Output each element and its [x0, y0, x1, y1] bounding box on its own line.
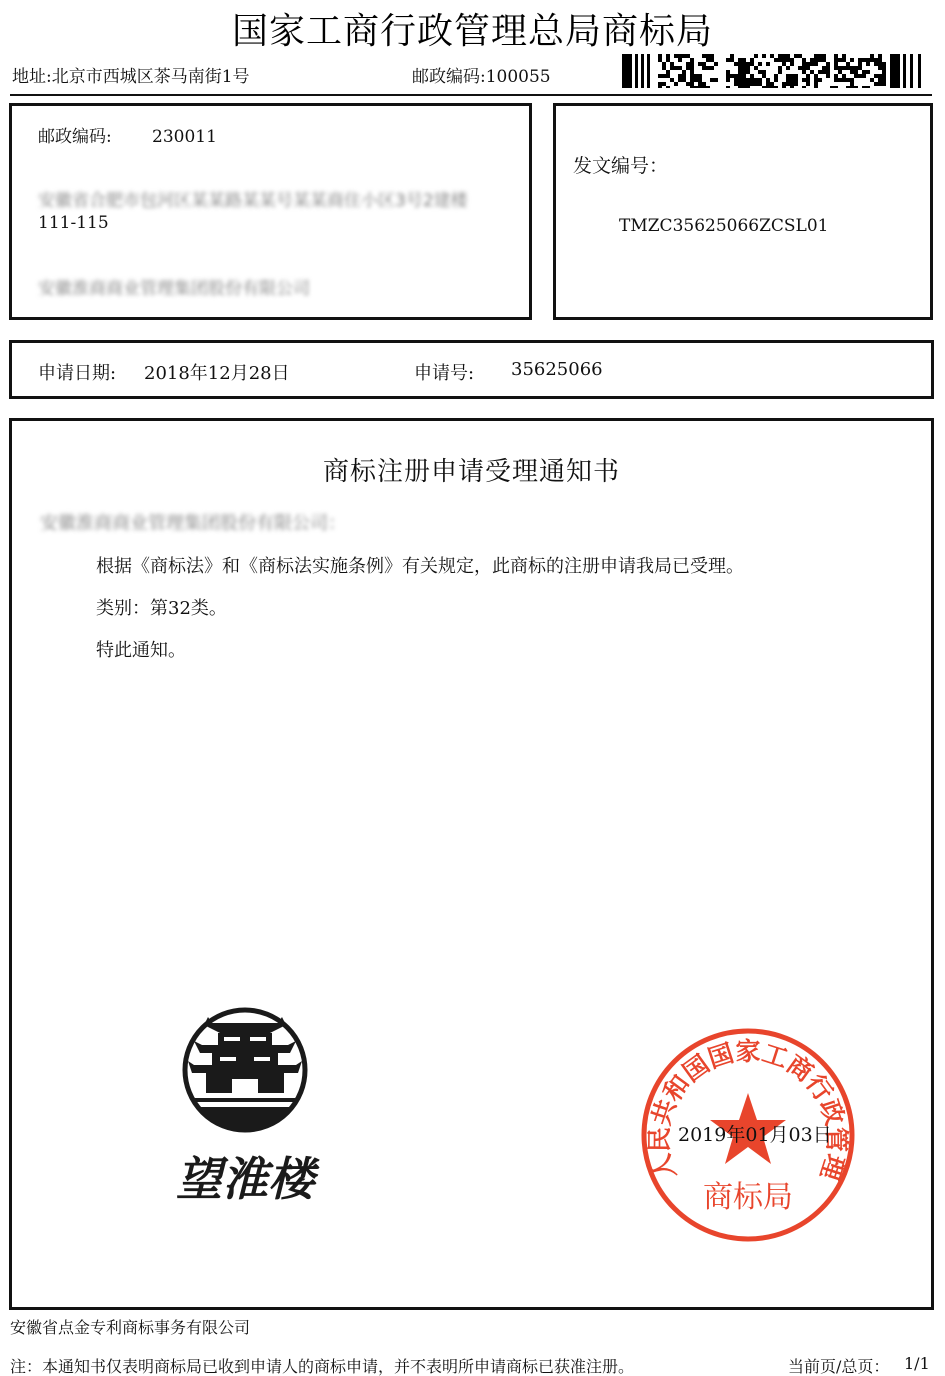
issuer-postcode: 邮政编码:100055: [412, 62, 551, 87]
application-date-value: 2018年12月28日: [144, 359, 290, 385]
application-number-value: 35625066: [511, 359, 603, 380]
notice-body: 根据《商标法》和《商标法实施条例》有关规定，此商标的注册申请我局已受理。: [96, 552, 744, 578]
issuer-title: 国家工商行政管理总局商标局: [0, 8, 945, 56]
recipient-address-line2: 111-115: [38, 212, 109, 234]
page-indicator-value: 1/1: [904, 1354, 930, 1373]
trademark-logo: 望淮楼: [150, 995, 360, 1215]
application-number-label: 申请号:: [414, 359, 474, 385]
footer-note: 注：本通知书仅表明商标局已收到申请人的商标申请，并不表明所申请商标已获准注册。: [10, 1354, 634, 1376]
recipient-address-line1: 安徽省合肥市包河区某某路某某号某某商住小区3号2建楼: [38, 190, 468, 212]
trademark-text: 望淮楼: [176, 1152, 320, 1206]
agency-name: 安徽省点金专利商标事务有限公司: [10, 1315, 250, 1338]
notice-closing: 特此通知。: [96, 636, 186, 662]
page-indicator-label: 当前页/总页：: [788, 1354, 889, 1376]
application-date-label: 申请日期:: [38, 359, 116, 385]
document-number-box: 发文编号： TMZC35625066ZCSL01: [553, 103, 933, 320]
recipient-postcode-label: 邮政编码:: [38, 126, 112, 148]
issue-date: 2019年01月03日: [678, 1120, 832, 1147]
header-divider: [10, 94, 932, 96]
notice-addressee: 安徽淮商商业管理集团股份有限公司：: [40, 509, 346, 535]
svg-text:商标局: 商标局: [703, 1180, 793, 1215]
recipient-box: 邮政编码: 230011 安徽省合肥市包河区某某路某某号某某商住小区3号2建楼 …: [9, 103, 532, 320]
recipient-name: 安徽淮商商业管理集团股份有限公司: [38, 278, 310, 300]
pavilion-logo-icon: 望淮楼: [150, 995, 360, 1215]
recipient-postcode-value: 230011: [152, 126, 217, 148]
document-number-label: 发文编号：: [573, 151, 668, 178]
application-info-box: 申请日期: 2018年12月28日 申请号: 35625066: [9, 340, 934, 399]
notice-category: 类别：第32类。: [96, 594, 227, 620]
issuer-address: 地址:北京市西城区茶马南街1号: [12, 62, 250, 87]
document-number-value: TMZC35625066ZCSL01: [619, 216, 828, 236]
notice-title: 商标注册申请受理通知书: [12, 451, 931, 488]
barcode-icon: [622, 54, 928, 88]
